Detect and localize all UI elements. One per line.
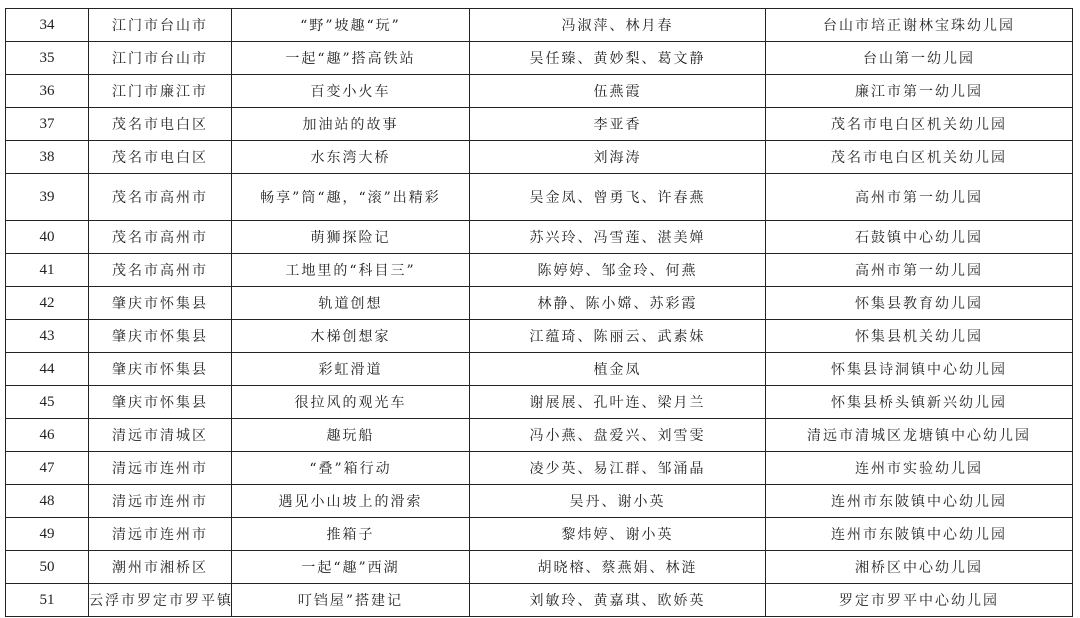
table-row: 45肇庆市怀集县很拉风的观光车谢展展、孔叶连、梁月兰怀集县桥头镇新兴幼儿园 — [6, 386, 1073, 419]
title-cell: 木梯创想家 — [232, 320, 470, 353]
table-row: 50潮州市湘桥区一起“趣”西湖胡晓榕、蔡燕娟、林涟湘桥区中心幼儿园 — [6, 551, 1073, 584]
title-cell: 遇见小山坡上的滑索 — [232, 485, 470, 518]
row-number: 45 — [6, 386, 89, 419]
table-row: 35江门市台山市一起“趣”搭高铁站吴任臻、黄妙梨、葛文静台山第一幼儿园 — [6, 42, 1073, 75]
title-cell: 畅享”筒“趣，“滚”出精彩 — [232, 174, 470, 221]
region-cell: 茂名市高州市 — [89, 254, 232, 287]
row-number: 38 — [6, 141, 89, 174]
table-body: 34江门市台山市“野”坡趣“玩”冯淑萍、林月春台山市培正谢林宝珠幼儿园35江门市… — [6, 9, 1073, 617]
region-cell: 江门市台山市 — [89, 9, 232, 42]
authors-cell: 植金凤 — [470, 353, 766, 386]
authors-cell: 吴任臻、黄妙梨、葛文静 — [470, 42, 766, 75]
region-cell: 茂名市高州市 — [89, 174, 232, 221]
table-row: 38茂名市电白区水东湾大桥刘海涛茂名市电白区机关幼儿园 — [6, 141, 1073, 174]
row-number: 35 — [6, 42, 89, 75]
row-number: 41 — [6, 254, 89, 287]
unit-cell: 高州市第一幼儿园 — [766, 254, 1073, 287]
title-cell: “野”坡趣“玩” — [232, 9, 470, 42]
title-cell: 轨道创想 — [232, 287, 470, 320]
unit-cell: 石鼓镇中心幼儿园 — [766, 221, 1073, 254]
authors-cell: 吴金凤、曾勇飞、许春燕 — [470, 174, 766, 221]
unit-cell: 湘桥区中心幼儿园 — [766, 551, 1073, 584]
region-cell: 茂名市高州市 — [89, 221, 232, 254]
unit-cell: 怀集县诗洞镇中心幼儿园 — [766, 353, 1073, 386]
authors-cell: 吴丹、谢小英 — [470, 485, 766, 518]
region-cell: 清远市清城区 — [89, 419, 232, 452]
title-cell: “叠”箱行动 — [232, 452, 470, 485]
title-cell: 百变小火车 — [232, 75, 470, 108]
row-number: 37 — [6, 108, 89, 141]
row-number: 50 — [6, 551, 89, 584]
authors-cell: 陈婷婷、邹金玲、何燕 — [470, 254, 766, 287]
region-cell: 肇庆市怀集县 — [89, 320, 232, 353]
unit-cell: 连州市东陂镇中心幼儿园 — [766, 485, 1073, 518]
region-cell: 茂名市电白区 — [89, 141, 232, 174]
region-cell: 肇庆市怀集县 — [89, 386, 232, 419]
title-cell: 推箱子 — [232, 518, 470, 551]
row-number: 48 — [6, 485, 89, 518]
authors-cell: 冯小燕、盘爱兴、刘雪雯 — [470, 419, 766, 452]
unit-cell: 台山市培正谢林宝珠幼儿园 — [766, 9, 1073, 42]
unit-cell: 怀集县机关幼儿园 — [766, 320, 1073, 353]
region-cell: 江门市台山市 — [89, 42, 232, 75]
table-row: 44肇庆市怀集县彩虹滑道植金凤怀集县诗洞镇中心幼儿园 — [6, 353, 1073, 386]
authors-cell: 江蕴琦、陈丽云、武素妹 — [470, 320, 766, 353]
unit-cell: 罗定市罗平中心幼儿园 — [766, 584, 1073, 617]
authors-cell: 林静、陈小嫦、苏彩霞 — [470, 287, 766, 320]
table-row: 47清远市连州市“叠”箱行动凌少英、易江群、邹涌晶连州市实验幼儿园 — [6, 452, 1073, 485]
region-cell: 肇庆市怀集县 — [89, 353, 232, 386]
title-cell: 叮铛屋”搭建记 — [232, 584, 470, 617]
title-cell: 很拉风的观光车 — [232, 386, 470, 419]
authors-cell: 谢展展、孔叶连、梁月兰 — [470, 386, 766, 419]
authors-cell: 黎炜婷、谢小英 — [470, 518, 766, 551]
unit-cell: 茂名市电白区机关幼儿园 — [766, 141, 1073, 174]
title-cell: 加油站的故事 — [232, 108, 470, 141]
table-row: 43肇庆市怀集县木梯创想家江蕴琦、陈丽云、武素妹怀集县机关幼儿园 — [6, 320, 1073, 353]
row-number: 44 — [6, 353, 89, 386]
unit-cell: 台山第一幼儿园 — [766, 42, 1073, 75]
authors-cell: 李亚香 — [470, 108, 766, 141]
title-cell: 水东湾大桥 — [232, 141, 470, 174]
region-cell: 茂名市电白区 — [89, 108, 232, 141]
row-number: 42 — [6, 287, 89, 320]
table-row: 42肇庆市怀集县轨道创想林静、陈小嫦、苏彩霞怀集县教育幼儿园 — [6, 287, 1073, 320]
unit-cell: 清远市清城区龙塘镇中心幼儿园 — [766, 419, 1073, 452]
table-row: 48清远市连州市遇见小山坡上的滑索吴丹、谢小英连州市东陂镇中心幼儿园 — [6, 485, 1073, 518]
region-cell: 清远市连州市 — [89, 518, 232, 551]
authors-cell: 凌少英、易江群、邹涌晶 — [470, 452, 766, 485]
table-row: 51云浮市罗定市罗平镇叮铛屋”搭建记刘敏玲、黄嘉琪、欧娇英罗定市罗平中心幼儿园 — [6, 584, 1073, 617]
authors-cell: 刘海涛 — [470, 141, 766, 174]
region-cell: 云浮市罗定市罗平镇 — [89, 584, 232, 617]
region-cell: 江门市廉江市 — [89, 75, 232, 108]
unit-cell: 怀集县教育幼儿园 — [766, 287, 1073, 320]
table-row: 49清远市连州市推箱子黎炜婷、谢小英连州市东陂镇中心幼儿园 — [6, 518, 1073, 551]
row-number: 51 — [6, 584, 89, 617]
title-cell: 工地里的“科目三” — [232, 254, 470, 287]
title-cell: 彩虹滑道 — [232, 353, 470, 386]
title-cell: 萌狮探险记 — [232, 221, 470, 254]
row-number: 39 — [6, 174, 89, 221]
table-row: 41茂名市高州市工地里的“科目三”陈婷婷、邹金玲、何燕高州市第一幼儿园 — [6, 254, 1073, 287]
authors-cell: 胡晓榕、蔡燕娟、林涟 — [470, 551, 766, 584]
table-row: 39茂名市高州市畅享”筒“趣，“滚”出精彩吴金凤、曾勇飞、许春燕高州市第一幼儿园 — [6, 174, 1073, 221]
row-number: 40 — [6, 221, 89, 254]
title-cell: 趣玩船 — [232, 419, 470, 452]
unit-cell: 连州市东陂镇中心幼儿园 — [766, 518, 1073, 551]
unit-cell: 怀集县桥头镇新兴幼儿园 — [766, 386, 1073, 419]
table-row: 37茂名市电白区加油站的故事李亚香茂名市电白区机关幼儿园 — [6, 108, 1073, 141]
row-number: 34 — [6, 9, 89, 42]
unit-cell: 廉江市第一幼儿园 — [766, 75, 1073, 108]
row-number: 36 — [6, 75, 89, 108]
table-row: 40茂名市高州市萌狮探险记苏兴玲、冯雪莲、湛美婵石鼓镇中心幼儿园 — [6, 221, 1073, 254]
unit-cell: 茂名市电白区机关幼儿园 — [766, 108, 1073, 141]
title-cell: 一起“趣”西湖 — [232, 551, 470, 584]
authors-cell: 伍燕霞 — [470, 75, 766, 108]
row-number: 47 — [6, 452, 89, 485]
table-row: 46清远市清城区趣玩船冯小燕、盘爱兴、刘雪雯清远市清城区龙塘镇中心幼儿园 — [6, 419, 1073, 452]
region-cell: 肇庆市怀集县 — [89, 287, 232, 320]
unit-cell: 连州市实验幼儿园 — [766, 452, 1073, 485]
row-number: 43 — [6, 320, 89, 353]
region-cell: 清远市连州市 — [89, 485, 232, 518]
table-row: 36江门市廉江市百变小火车伍燕霞廉江市第一幼儿园 — [6, 75, 1073, 108]
authors-cell: 冯淑萍、林月春 — [470, 9, 766, 42]
region-cell: 潮州市湘桥区 — [89, 551, 232, 584]
unit-cell: 高州市第一幼儿园 — [766, 174, 1073, 221]
authors-cell: 苏兴玲、冯雪莲、湛美婵 — [470, 221, 766, 254]
awards-table: 34江门市台山市“野”坡趣“玩”冯淑萍、林月春台山市培正谢林宝珠幼儿园35江门市… — [5, 8, 1073, 617]
authors-cell: 刘敏玲、黄嘉琪、欧娇英 — [470, 584, 766, 617]
row-number: 46 — [6, 419, 89, 452]
title-cell: 一起“趣”搭高铁站 — [232, 42, 470, 75]
region-cell: 清远市连州市 — [89, 452, 232, 485]
table-row: 34江门市台山市“野”坡趣“玩”冯淑萍、林月春台山市培正谢林宝珠幼儿园 — [6, 9, 1073, 42]
row-number: 49 — [6, 518, 89, 551]
